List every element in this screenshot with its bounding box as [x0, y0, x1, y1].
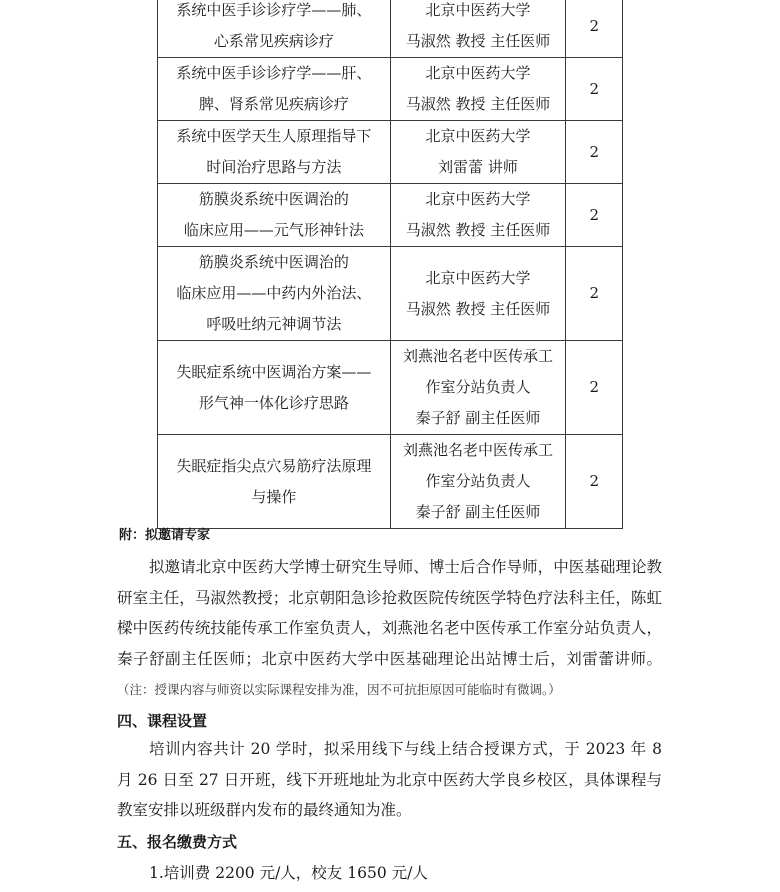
table-row: 系统中医学天生人原理指导下 时间治疗思路与方法 北京中医药大学 刘雷蕾 讲师 2 [158, 121, 623, 184]
course-title-cell: 筋膜炎系统中医调治的 临床应用——元气形神针法 [158, 184, 391, 247]
table-row: 失眠症指尖点穴易筋疗法原理 与操作 刘燕池名老中医传承工 作室分站负责人 秦子舒… [158, 435, 623, 529]
section-heading-registration-fee: 五、报名缴费方式 [117, 830, 237, 854]
hours-cell: 2 [566, 435, 623, 529]
hours-cell: 2 [566, 58, 623, 121]
teacher-line: 北京中医药大学 [391, 58, 566, 89]
course-title-cell: 失眠症指尖点穴易筋疗法原理 与操作 [158, 435, 391, 529]
course-title-line: 时间治疗思路与方法 [158, 152, 390, 183]
course-title-line: 心系常见疾病诊疗 [158, 26, 390, 57]
teacher-cell: 刘燕池名老中医传承工 作室分站负责人 秦子舒 副主任医师 [390, 435, 566, 529]
teacher-line: 北京中医药大学 [391, 121, 566, 152]
document-page: 系统中医手诊诊疗学——肺、 心系常见疾病诊疗 北京中医药大学 马淑然 教授 主任… [0, 0, 780, 892]
course-setup-body: 培训内容共计 20 学时，拟采用线下与线上结合授课方式，于 2023 年 8 月… [117, 740, 662, 819]
appendix-title: 附：拟邀请专家 [119, 526, 210, 546]
teacher-line: 马淑然 教授 主任医师 [391, 89, 566, 120]
hours-cell: 2 [566, 121, 623, 184]
course-setup-paragraph: 培训内容共计 20 学时，拟采用线下与线上结合授课方式，于 2023 年 8 月… [117, 734, 662, 826]
teacher-cell: 北京中医药大学 马淑然 教授 主任医师 [390, 184, 566, 247]
experts-paragraph: 拟邀请北京中医药大学博士研究生导师、博士后合作导师，中医基础理论教研室主任，马淑… [117, 552, 662, 706]
course-title-line: 与操作 [158, 482, 390, 513]
experts-note: （注：授课内容与师资以实际课程安排为准，因不可抗拒原因可能临时有微调。） [117, 682, 561, 697]
course-title-cell: 失眠症系统中医调治方案—— 形气神一体化诊疗思路 [158, 341, 391, 435]
fee-line: 1.培训费 2200 元/人，校友 1650 元/人 [149, 858, 428, 888]
table-row: 筋膜炎系统中医调治的 临床应用——元气形神针法 北京中医药大学 马淑然 教授 主… [158, 184, 623, 247]
teacher-cell: 刘燕池名老中医传承工 作室分站负责人 秦子舒 副主任医师 [390, 341, 566, 435]
course-title-line: 系统中医手诊诊疗学——肝、 [158, 58, 390, 89]
course-title-line: 临床应用——中药内外治法、 [158, 278, 390, 309]
teacher-line: 作室分站负责人 [391, 466, 566, 497]
table-row: 筋膜炎系统中医调治的 临床应用——中药内外治法、 呼吸吐纳元神调节法 北京中医药… [158, 247, 623, 341]
teacher-cell: 北京中医药大学 马淑然 教授 主任医师 [390, 58, 566, 121]
course-title-line: 临床应用——元气形神针法 [158, 215, 390, 246]
course-title-line: 呼吸吐纳元神调节法 [158, 309, 390, 340]
course-schedule-table: 系统中医手诊诊疗学——肺、 心系常见疾病诊疗 北京中医药大学 马淑然 教授 主任… [157, 0, 623, 529]
course-title-line: 系统中医学天生人原理指导下 [158, 121, 390, 152]
teacher-line: 秦子舒 副主任医师 [391, 497, 566, 528]
section-heading-course-setup: 四、课程设置 [117, 709, 207, 733]
course-title-line: 失眠症系统中医调治方案—— [158, 357, 390, 388]
teacher-line: 马淑然 教授 主任医师 [391, 215, 566, 246]
hours-cell: 2 [566, 0, 623, 58]
experts-body: 拟邀请北京中医药大学博士研究生导师、博士后合作导师，中医基础理论教研室主任，马淑… [117, 558, 662, 668]
course-title-line: 失眠症指尖点穴易筋疗法原理 [158, 451, 390, 482]
course-title-cell: 筋膜炎系统中医调治的 临床应用——中药内外治法、 呼吸吐纳元神调节法 [158, 247, 391, 341]
teacher-line: 马淑然 教授 主任医师 [391, 26, 566, 57]
course-title-cell: 系统中医手诊诊疗学——肺、 心系常见疾病诊疗 [158, 0, 391, 58]
teacher-line: 马淑然 教授 主任医师 [391, 294, 566, 325]
teacher-line: 作室分站负责人 [391, 372, 566, 403]
teacher-line: 刘燕池名老中医传承工 [391, 435, 566, 466]
teacher-line: 秦子舒 副主任医师 [391, 403, 566, 434]
table-row: 系统中医手诊诊疗学——肺、 心系常见疾病诊疗 北京中医药大学 马淑然 教授 主任… [158, 0, 623, 58]
teacher-cell: 北京中医药大学 马淑然 教授 主任医师 [390, 0, 566, 58]
hours-cell: 2 [566, 184, 623, 247]
teacher-line: 北京中医药大学 [391, 263, 566, 294]
table-row: 失眠症系统中医调治方案—— 形气神一体化诊疗思路 刘燕池名老中医传承工 作室分站… [158, 341, 623, 435]
teacher-line: 北京中医药大学 [391, 184, 566, 215]
course-title-cell: 系统中医手诊诊疗学——肝、 脾、肾系常见疾病诊疗 [158, 58, 391, 121]
teacher-line: 刘燕池名老中医传承工 [391, 341, 566, 372]
course-title-line: 筋膜炎系统中医调治的 [158, 184, 390, 215]
course-title-line: 脾、肾系常见疾病诊疗 [158, 89, 390, 120]
course-title-line: 筋膜炎系统中医调治的 [158, 247, 390, 278]
course-title-line: 形气神一体化诊疗思路 [158, 388, 390, 419]
hours-cell: 2 [566, 247, 623, 341]
course-title-cell: 系统中医学天生人原理指导下 时间治疗思路与方法 [158, 121, 391, 184]
teacher-line: 刘雷蕾 讲师 [391, 152, 566, 183]
course-title-line: 系统中医手诊诊疗学——肺、 [158, 0, 390, 26]
teacher-cell: 北京中医药大学 刘雷蕾 讲师 [390, 121, 566, 184]
teacher-line: 北京中医药大学 [391, 0, 566, 26]
hours-cell: 2 [566, 341, 623, 435]
table-row: 系统中医手诊诊疗学——肝、 脾、肾系常见疾病诊疗 北京中医药大学 马淑然 教授 … [158, 58, 623, 121]
teacher-cell: 北京中医药大学 马淑然 教授 主任医师 [390, 247, 566, 341]
